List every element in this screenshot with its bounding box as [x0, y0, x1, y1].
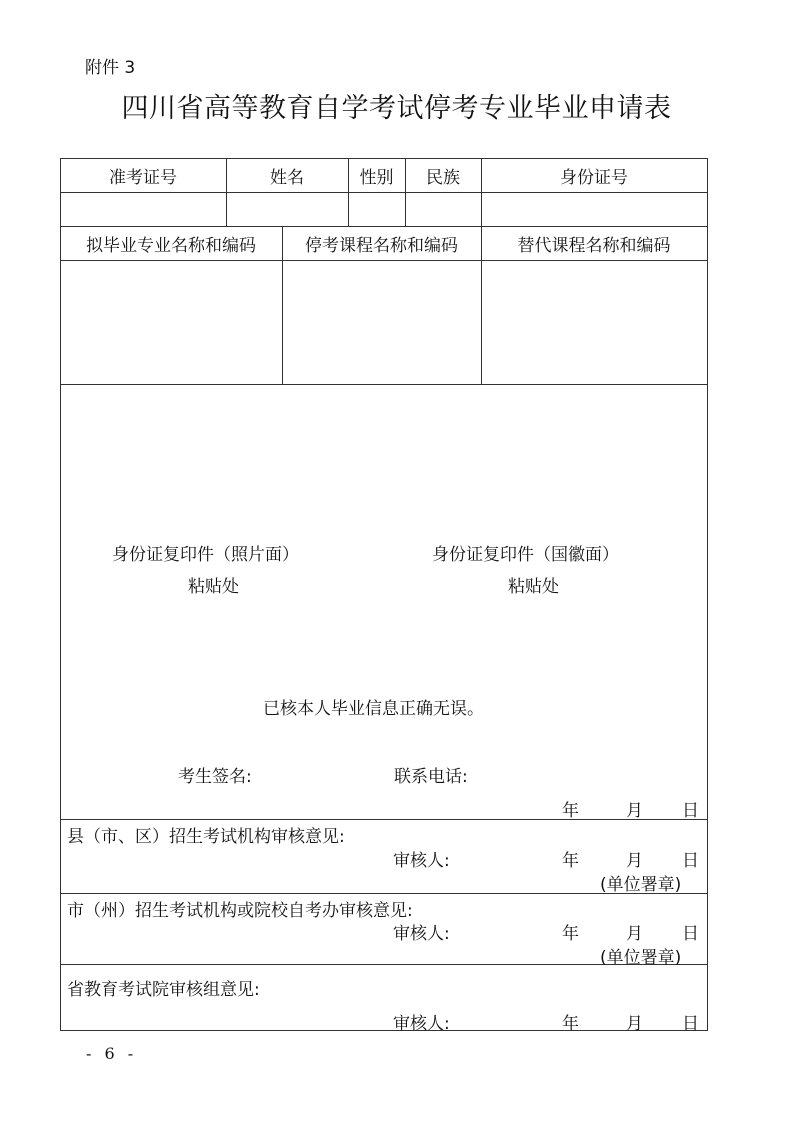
header-id-number: 身份证号: [481, 158, 707, 192]
province-date-year: 年: [562, 1009, 579, 1034]
province-reviewer-label: 审核人:: [393, 1009, 450, 1034]
id-back-paste: 粘贴处: [508, 572, 559, 597]
header-major: 拟毕业专业名称和编码: [60, 226, 282, 260]
province-date-month: 月: [626, 1009, 643, 1034]
substitute-course-field[interactable]: [482, 261, 707, 384]
divider: [60, 819, 708, 820]
header-ethnicity: 民族: [405, 158, 481, 192]
city-seal-label: (单位署章): [600, 943, 681, 968]
exam-number-field[interactable]: [61, 193, 226, 226]
id-number-field[interactable]: [482, 193, 707, 226]
id-back-label: 身份证复印件（国徽面）: [432, 540, 619, 565]
date-month: 月: [626, 796, 643, 821]
header-exam-number: 准考证号: [60, 158, 226, 192]
city-review-title: 市（州）招生考试机构或院校自考办审核意见:: [67, 896, 413, 921]
id-front-label: 身份证复印件（照片面）: [112, 540, 299, 565]
header-stopped-course: 停考课程名称和编码: [282, 226, 481, 260]
ethnicity-field[interactable]: [406, 193, 481, 226]
table-border-bottom: [60, 1030, 708, 1031]
name-field[interactable]: [227, 193, 348, 226]
county-reviewer-label: 审核人:: [393, 846, 450, 871]
page-number: - 6 -: [86, 1044, 137, 1063]
table-border-right: [707, 158, 708, 1031]
attachment-label: 附件 3: [85, 53, 135, 78]
county-seal-label: (单位署章): [600, 870, 681, 895]
province-review-title: 省教育考试院审核组意见:: [67, 975, 260, 1000]
city-date-month: 月: [626, 919, 643, 944]
city-reviewer-label: 审核人:: [393, 919, 450, 944]
header-gender: 性别: [348, 158, 405, 192]
city-date-day: 日: [682, 919, 699, 944]
header-name: 姓名: [226, 158, 348, 192]
county-date-year: 年: [562, 846, 579, 871]
stopped-course-field[interactable]: [283, 261, 481, 384]
page-title: 四川省高等教育自学考试停考专业毕业申请表: [0, 86, 793, 125]
gender-field[interactable]: [349, 193, 405, 226]
id-front-paste: 粘贴处: [188, 572, 239, 597]
phone-label: 联系电话:: [394, 762, 468, 787]
date-year: 年: [562, 796, 579, 821]
county-date-month: 月: [626, 846, 643, 871]
city-date-year: 年: [562, 919, 579, 944]
divider: [60, 384, 708, 385]
date-day: 日: [682, 796, 699, 821]
signature-label: 考生签名:: [178, 762, 252, 787]
confirmation-statement: 已核本人毕业信息正确无误。: [263, 694, 484, 719]
province-date-day: 日: [682, 1009, 699, 1034]
county-review-title: 县（市、区）招生考试机构审核意见:: [67, 822, 345, 847]
county-date-day: 日: [682, 846, 699, 871]
header-substitute-course: 替代课程名称和编码: [481, 226, 707, 260]
major-field[interactable]: [61, 261, 282, 384]
